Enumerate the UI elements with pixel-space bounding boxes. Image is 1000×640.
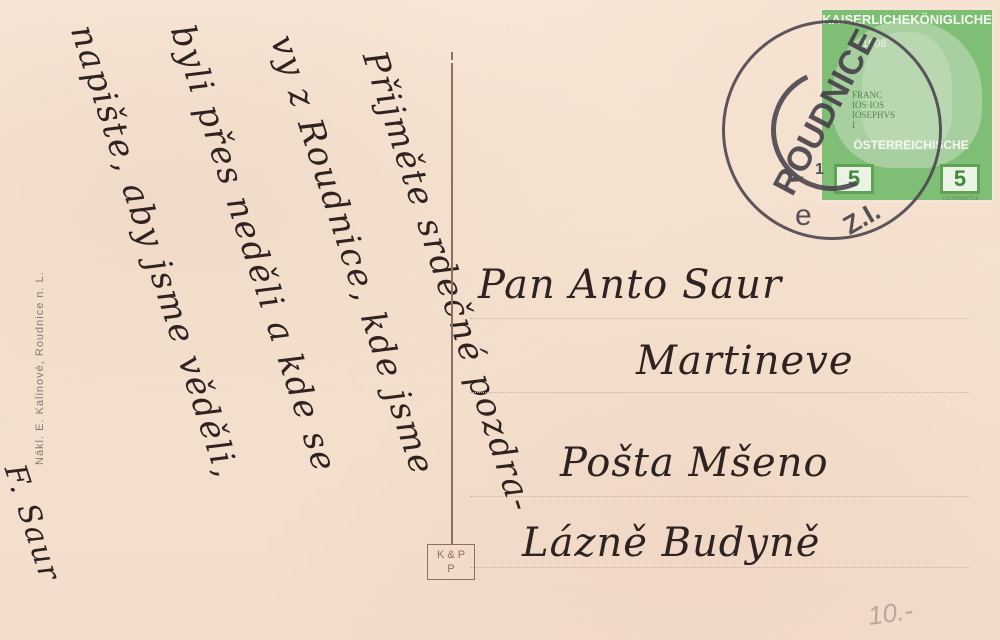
printer-mark-line2: P — [428, 562, 474, 576]
address-line-1: Pan Anto Saur — [478, 262, 782, 308]
message-address-divider — [451, 52, 453, 544]
printer-mark-line1: K & P — [428, 548, 474, 562]
publisher-imprint: Nákl. E. Kalinové, Roudnice n. L. — [34, 271, 46, 465]
address-line-4: Lázně Budyně — [522, 520, 820, 566]
address-line-3: Pošta Mšeno — [560, 440, 829, 486]
postmark-lower-text: Z.I. — [838, 196, 886, 242]
divider-gap — [449, 60, 455, 63]
stamp-printer: F.SCHIRNBÖCK — [942, 196, 979, 202]
address-rule-2 — [470, 392, 970, 393]
address-rule-4 — [470, 567, 970, 568]
postmark-letter: e — [795, 199, 812, 233]
stamp-value-right: 5 — [940, 164, 980, 194]
address-rule-3 — [470, 496, 970, 497]
message-signature: F. Saur — [0, 460, 67, 586]
postmark: ROUDNICE 1 e Z.I. — [722, 20, 942, 240]
postmark-date: 1 — [815, 161, 824, 179]
address-line-2: Martineve — [636, 338, 854, 384]
pencil-price-note: 10.- — [866, 595, 915, 632]
postcard-back: Nákl. E. Kalinové, Roudnice n. L. Přijmě… — [0, 0, 1000, 640]
address-rule-1 — [470, 318, 970, 319]
printer-mark: K & P P — [427, 544, 475, 580]
